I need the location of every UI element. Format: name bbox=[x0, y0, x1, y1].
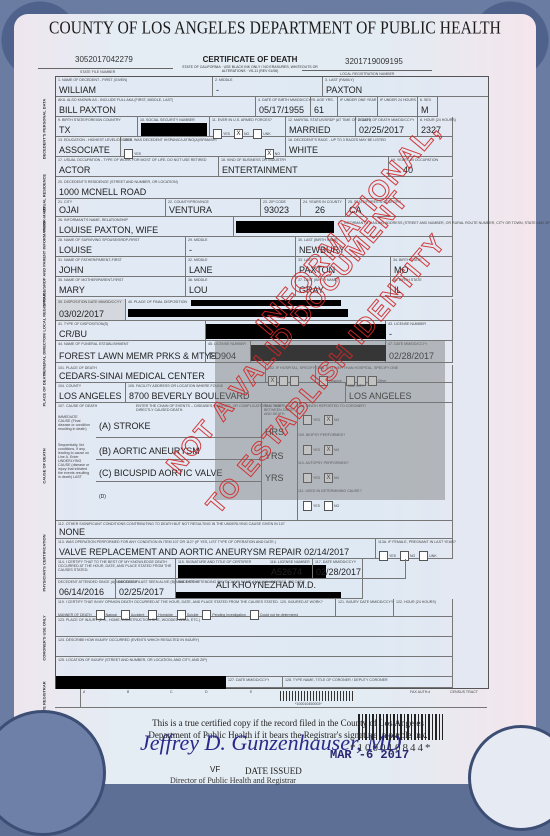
field-mother-first: 35. NAME OF MOTHER/PARENT-FIRSTMARY bbox=[56, 277, 186, 297]
local-registration-number: 3201719009195 bbox=[345, 57, 403, 66]
used-yes-checkbox[interactable] bbox=[303, 501, 312, 511]
field-operation: 113. WAS OPERATION PERFORMED FOR ANY CON… bbox=[56, 539, 376, 559]
field-funeral-establishment: 44. NAME OF FUNERAL ESTABLISHMENTFOREST … bbox=[56, 341, 206, 363]
department-title: COUNTY OF LOS ANGELES DEPARTMENT OF PUBL… bbox=[0, 19, 550, 40]
field-industry: 18. KIND OF BUSINESS OR INDUSTRYENTERTAI… bbox=[219, 157, 389, 177]
field-under-24-hours: IF UNDER 24 HOURS bbox=[378, 97, 418, 117]
coroner-signature-redaction bbox=[56, 676, 226, 689]
field-aka: AKA. ALSO KNOWN AS - Include full AKA (F… bbox=[56, 97, 256, 117]
field-injured-at-work: 120. INJURED AT WORK? bbox=[278, 599, 336, 617]
field-last-name: 3. LAST (Family)PAXTON bbox=[323, 77, 488, 97]
field-disposition-date: 39. DISPOSITION DATE mm/dd/ccyy03/02/201… bbox=[56, 299, 126, 321]
field-last-seen: Decedent Last Seen Alive (B) mm/dd/ccyy0… bbox=[116, 579, 176, 599]
registrar-row: A B C D E *100010450003* FAX AUTH.# CENS… bbox=[55, 689, 487, 708]
section-cause-of-death: CAUSE OF DEATH bbox=[34, 408, 54, 523]
certificate-page: COUNTY OF LOS ANGELES DEPARTMENT OF PUBL… bbox=[0, 0, 550, 784]
field-physician-name: 118. TYPE ATTENDING PHYSICIAN'S NAME, MA… bbox=[176, 579, 363, 599]
section-residence: USUAL RESIDENCE bbox=[34, 178, 54, 208]
field-injury-hour: 122. HOUR (24 Hours) bbox=[394, 599, 453, 617]
field-place-of-injury: 123. PLACE OF INJURY (e.g., home, constr… bbox=[56, 617, 453, 637]
field-birth-state: 9. BIRTH STATE/FOREIGN COUNTRYTX bbox=[56, 117, 138, 137]
field-under-one-year: IF UNDER ONE YEAR bbox=[338, 97, 378, 117]
field-father-first: 31. NAME OF FATHER/PARENT-FIRSTJOHN bbox=[56, 257, 186, 277]
field-license-number: 43. LICENSE NUMBER- bbox=[386, 321, 453, 341]
field-occupation: 17. USUAL OCCUPATION - Type of work for … bbox=[56, 157, 219, 177]
state-file-number-label: STATE FILE NUMBER bbox=[80, 70, 115, 74]
section-funeral: FUNERAL DIRECTOR/ LOCAL REGISTRAR bbox=[34, 298, 54, 370]
field-attended-since: Decedent Attended Since (A) mm/dd/ccyy06… bbox=[56, 579, 116, 599]
field-describe-injury: 124. DESCRIBE HOW INJURY OCCURRED (Event… bbox=[56, 637, 453, 657]
director-line: Director of Public Health and Registrar bbox=[170, 776, 296, 784]
field-spouse-middle: 29. MIDDLE- bbox=[186, 237, 296, 257]
certificate-barcode bbox=[358, 714, 443, 740]
field-spouse-first: 28. NAME OF SURVIVING SPOUSE/SRDP-FIRSTL… bbox=[56, 237, 186, 257]
section-place-of-death: PLACE OF DEATH bbox=[34, 370, 54, 408]
section-physician: PHYSICIAN'S CERTIFICATION bbox=[34, 540, 54, 585]
registrar-barcode bbox=[280, 691, 355, 701]
field-dob: 4. DATE OF BIRTH mm/dd/ccyy05/17/1955 bbox=[256, 97, 311, 117]
field-city: 21. CITYOJAI bbox=[56, 199, 166, 217]
section-coroner: CORONER'S USE ONLY bbox=[34, 585, 54, 690]
field-marital-status: 12. MARITAL STATUS/SRDP (at Time of Deat… bbox=[286, 117, 356, 137]
field-death-county: 104. COUNTYLOS ANGELES bbox=[56, 383, 126, 403]
section-decedent: DECEDENT'S PERSONAL DATA bbox=[34, 80, 54, 178]
state-file-number: 3052017042279 bbox=[75, 55, 133, 64]
certificate-title: CERTIFICATE OF DEATH bbox=[195, 55, 305, 64]
initials: VF bbox=[210, 765, 220, 774]
field-physician-date: 117. DATE mm/dd/ccyy02/28/2017 bbox=[313, 559, 363, 579]
field-physician-license: 116. LICENSE NUMBERA52674 bbox=[268, 559, 313, 579]
field-coroner-name: 128. TYPE NAME, TITLE OF CORONER / DEPUT… bbox=[283, 677, 453, 688]
field-type-disposition: 41. TYPE OF DISPOSITION(S)CR/BU bbox=[56, 321, 206, 341]
date-issued-stamp: MAR -6 2017 bbox=[330, 748, 409, 762]
field-pregnant: 113A. IF FEMALE, PREGNANT IN LAST YEAR? … bbox=[376, 539, 453, 559]
used-no-checkbox[interactable] bbox=[324, 501, 333, 511]
certificate-subtitle: STATE OF CALIFORNIA · USE BLACK INK ONLY… bbox=[180, 65, 320, 73]
field-ssn: 10. SOCIAL SECURITY NUMBER bbox=[138, 117, 210, 137]
field-informant: 26. INFORMANT'S NAME, RELATIONSHIPLOUISE… bbox=[56, 217, 234, 237]
field-education: 13. EDUCATION - Highest Level/DegreeASSO… bbox=[56, 137, 121, 157]
field-county: 22. COUNTY/PROVINCEVENTURA bbox=[166, 199, 261, 217]
section-registrar: STATE REGISTRAR bbox=[34, 690, 54, 710]
date-issued-label: DATE ISSUED bbox=[245, 766, 302, 776]
field-zip: 23. ZIP CODE93023 bbox=[261, 199, 301, 217]
field-sex: 6. SEXM bbox=[418, 97, 438, 117]
field-first-name: 1. NAME OF DECEDENT - FIRST (Given)WILLI… bbox=[56, 77, 213, 97]
field-age: 5. AGE Yrs.61 bbox=[311, 97, 338, 117]
field-coroner-date: 127. DATE mm/dd/ccyy bbox=[226, 677, 283, 688]
section-spouse-parent: SPOUSE/SRDP AND PARENT INFORMATION bbox=[34, 230, 54, 298]
field-certify: 114. I CERTIFY THAT TO THE BEST OF MY KN… bbox=[56, 559, 176, 579]
field-hispanic: 14/15. WAS DECEDENT HISPANIC/LATINO(A)/S… bbox=[121, 137, 286, 157]
field-injury-date: 121. INJURY DATE mm/dd/ccyy bbox=[336, 599, 394, 617]
field-father-middle: 32. MIDDLELANE bbox=[186, 257, 296, 277]
field-armed-forces: 11. EVER IN U.S. ARMED FORCES? YESXNOUNK bbox=[210, 117, 286, 137]
field-location-injury: 125. LOCATION OF INJURY (Street and numb… bbox=[56, 657, 453, 677]
field-middle: 2. MIDDLE- bbox=[213, 77, 323, 97]
pregnant-unk-checkbox[interactable] bbox=[419, 551, 428, 561]
field-other-conditions: 112. OTHER SIGNIFICANT CONDITIONS CONTRI… bbox=[56, 521, 453, 539]
